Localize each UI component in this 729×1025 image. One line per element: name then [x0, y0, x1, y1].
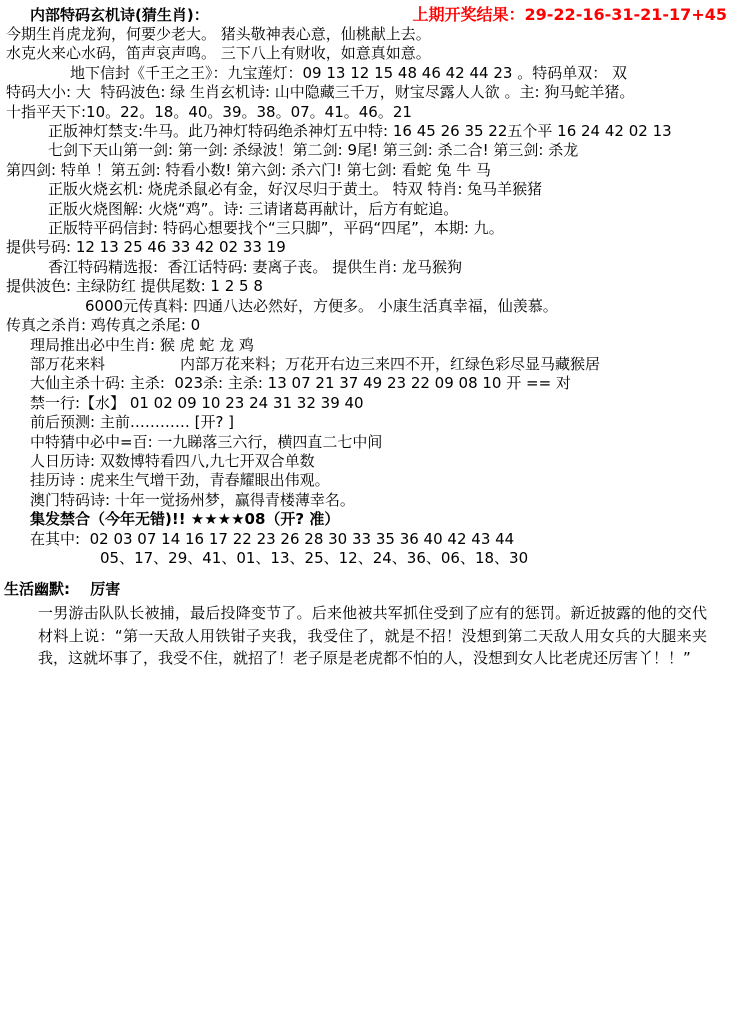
- underground-envelope-line: 地下信封《千王之王》：九宝莲灯：09 13 12 15 48 46 42 44 …: [0, 64, 729, 83]
- magic-lamp-line: 正版神灯禁支:牛马。此乃神灯特码绝杀神灯五中特: 16 45 26 35 22五…: [0, 122, 729, 141]
- must-win-zodiac-line: 理局推出必中生肖: 猴 虎 蛇 龙 鸡: [0, 336, 729, 355]
- wall-calendar-poem-line: 挂历诗 : 虎来生气增干劲，青春耀眼出伟观。: [0, 471, 729, 490]
- forecast-line: 前后预测: 主前………… [开? ]: [0, 413, 729, 432]
- page-title: 内部特码玄机诗(猜生肖)：: [0, 5, 209, 25]
- wave-color-tails-line: 提供波色: 主绿防红 提供尾数: 1 2 5 8: [0, 277, 729, 296]
- document-page: 内部特码玄机诗(猜生肖)： 上期开奖结果：29-22-16-31-21-17+4…: [0, 0, 729, 670]
- middle-guess-line: 中特猜中必中=百: 一九睇落三六行，横四直二七中间: [0, 433, 729, 452]
- seven-swords-line-1: 七剑下天山第一剑: 第一剑: 杀绿波！第二剑: 9尾! 第三剑: 杀二合! 第三…: [0, 141, 729, 160]
- forbidden-row-line: 禁一行:【水】 01 02 09 10 23 24 31 32 39 40: [0, 394, 729, 413]
- fax-material-line: 6000元传真料: 四通八达必然好，方便多。 小康生活真幸福，仙羡慕。: [0, 297, 729, 316]
- header-row: 内部特码玄机诗(猜生肖)： 上期开奖结果：29-22-16-31-21-17+4…: [0, 5, 729, 25]
- size-wave-color-line: 特码大小: 大 特码波色: 绿 生肖玄机诗: 山中隐藏三千万，财宝尽露人人欲 。…: [0, 83, 729, 102]
- fire-mystery-line: 正版火烧玄机: 烧虎杀鼠必有金，好汉尽归于黄土。 特双 特肖: 兔马羊猴猪: [0, 180, 729, 199]
- immortal-kill-codes-line: 大仙主杀十码: 主杀: 023杀: 主杀: 13 07 21 37 49 23 …: [0, 374, 729, 393]
- poem-line: 今期生肖虎龙狗，何要少老大。 猪头敬神表心意，仙桃献上去。: [0, 25, 729, 44]
- special-flat-envelope-line: 正版特平码信封: 特码心想要找个“三只脚”，平码“四尾”，本期: 九。: [0, 219, 729, 238]
- fire-diagram-line: 正版火烧图解: 火烧“鸡”。诗: 三请诸葛再献计，后方有蛇追。: [0, 200, 729, 219]
- calendar-poem-line: 人日历诗: 双数博特看四八,九七开双合单数: [0, 452, 729, 471]
- fax-kill-line: 传真之杀肖: 鸡传真之杀尾: 0: [0, 316, 729, 335]
- macau-special-poem-line: 澳门特码诗: 十年一觉扬州梦，赢得青楼薄幸名。: [0, 491, 729, 510]
- hongkong-special-line: 香江特码精选报: 香江话特码: 妻离子丧。 提供生肖: 龙马猴狗: [0, 258, 729, 277]
- last-draw-result: 上期开奖结果：29-22-16-31-21-17+45: [413, 5, 727, 25]
- poem-line: 水克火来心水码，笛声哀声鸣。 三下八上有财收，如意真如意。: [0, 44, 729, 63]
- among-numbers-line: 在其中: 02 03 07 14 16 17 22 23 26 28 30 33…: [0, 530, 729, 549]
- humor-heading: 生活幽默: 厉害: [0, 579, 729, 599]
- provided-numbers-line: 提供号码: 12 13 25 46 33 42 02 33 19: [0, 238, 729, 257]
- ten-fingers-numbers-line: 十指平天下:10。22。18。40。39。38。07。41。46。21: [0, 103, 729, 122]
- stars-forbidden-line: 集发禁合（今年无错)!! ★★★★08（开? 准）: [0, 510, 729, 529]
- flowers-material-line: 部万花来料 内部万花来料；万花开右边三来四不开，红绿色彩尽显马藏猴居: [0, 355, 729, 374]
- among-numbers-line-2: 05、17、29、41、01、13、25、12、24、36、06、18、30: [0, 549, 729, 568]
- seven-swords-line-2: 第四剑: 特单 ！第五剑: 特看小数! 第六剑: 杀六门! 第七剑: 看蛇 兔 …: [0, 161, 729, 180]
- humor-paragraph: 一男游击队队长被捕，最后投降变节了。后来他被共军抓住受到了应有的惩罚。新近披露的…: [38, 602, 707, 670]
